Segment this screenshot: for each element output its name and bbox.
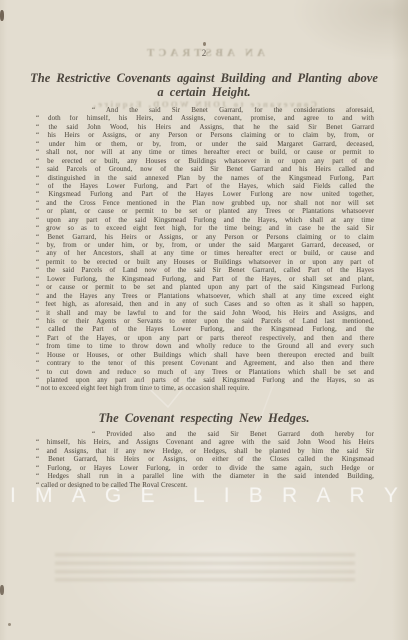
watermark-letter: Y <box>384 485 398 507</box>
text-line: “ Furlong, or Hayes Lower Furlong, in or… <box>36 465 374 473</box>
text-line: “ or cause or permit to be set and plant… <box>36 284 374 292</box>
text-line: “ grow so as to exceed eight feet high, … <box>36 225 374 233</box>
text-line: “ distinguished in the said annexed Plan… <box>36 175 374 183</box>
text-line: “ said Parcels of Ground, now of the sai… <box>36 166 374 174</box>
text-line: a certain Height. <box>0 85 408 99</box>
verso-showthrough-bottom <box>55 553 355 586</box>
text-line: “ by, from or under him, or by, from, or… <box>36 242 374 250</box>
text-line: “ permit to be erected or built any Hous… <box>36 259 374 267</box>
paper-speck <box>8 623 11 626</box>
text-line: “ to cut down and reduce so much of any … <box>36 369 374 377</box>
text-line: “ from time to time to throw down and wh… <box>36 343 374 351</box>
text-line: “ Benet Garrard, his Heirs or Assigns, o… <box>36 456 374 464</box>
paper-speck <box>0 585 4 595</box>
text-line: “ feet high, as aforesaid, then and in a… <box>36 301 374 309</box>
text-line: “ himself, his Heirs, and Assigns Covena… <box>36 439 374 447</box>
text-line: “ shall not, nor will at any time or tim… <box>36 149 374 157</box>
text-line: “ and Assigns, that if any new Hedge, or… <box>36 448 374 456</box>
text-line: “ or plant, or cause or permit to be set… <box>36 208 374 216</box>
text-line: “ planted upon any part and parts of the… <box>36 377 374 385</box>
text-line: “ upon any part of the said Kingsmead Fu… <box>36 217 374 225</box>
text-line: “ his or their Agents or Servants to ent… <box>36 318 374 326</box>
text-line: “ contrary to the tenor of this present … <box>36 360 374 368</box>
text-line: “ Benet Garrard, his Heirs or Assigns, o… <box>36 234 374 242</box>
paper-speck <box>203 42 206 46</box>
text-line: “ it shall and may be lawful to and for … <box>36 310 374 318</box>
text-line: “ and the Hayes any Trees or Plantations… <box>36 293 374 301</box>
text-line: “ under him or them, or by, from, or und… <box>36 141 374 149</box>
text-line: “ of the Hayes Lower Furlong, and Part o… <box>36 183 374 191</box>
text-line: “ called the Part of the Hayes Lower Fur… <box>36 326 374 334</box>
document-page: AN ABSTRACT 2 The Restrictive Covenants … <box>0 0 408 640</box>
covenant-hedges-paragraph: “ Provided also and the said Sir Benet G… <box>36 431 374 490</box>
text-line: “ not to exceed eight feet high from tim… <box>36 385 374 393</box>
text-line: “ called or designed to be called The Ro… <box>36 482 374 490</box>
text-line: “ his Heirs or Assigns, or any Person or… <box>36 132 374 140</box>
text-line: “ Provided also and the said Sir Benet G… <box>36 431 374 439</box>
text-line: “ Hedges shall run in a parallel line wi… <box>36 473 374 481</box>
text-line: “ the said Parcels of Land now of the sa… <box>36 267 374 275</box>
text-line: The Restrictive Covenants against Buildi… <box>0 71 408 85</box>
section2-heading: The Covenant respecting New Hedges. <box>0 411 408 426</box>
text-line: “ any of her Ancestors, shall at any tim… <box>36 250 374 258</box>
text-line: “ Part of the Hayes, or upon any part or… <box>36 335 374 343</box>
paper-speck <box>0 10 4 21</box>
text-line: “ House or Houses, or other Buildings wh… <box>36 352 374 360</box>
text-line: “ be erected or built, any Houses or Bui… <box>36 158 374 166</box>
text-line: “ Lower Furlong, the Kingsmead Furlong, … <box>36 276 374 284</box>
section1-heading: The Restrictive Covenants against Buildi… <box>0 71 408 99</box>
covenant-height-paragraph: “ And the said Sir Benet Garrard, for th… <box>36 107 374 394</box>
text-line: “ and the Cross Fence mentioned in the P… <box>36 200 374 208</box>
text-line: “ the said John Wood, his Heirs and Assi… <box>36 124 374 132</box>
text-line: “ Kingsmead Furlong and Part of the Haye… <box>36 191 374 199</box>
text-line: “ doth for himself, his Heirs, and Assig… <box>36 115 374 123</box>
watermark-letter: I <box>10 485 16 507</box>
page-number: 2 <box>0 48 408 58</box>
text-line: “ And the said Sir Benet Garrard, for th… <box>36 107 374 115</box>
